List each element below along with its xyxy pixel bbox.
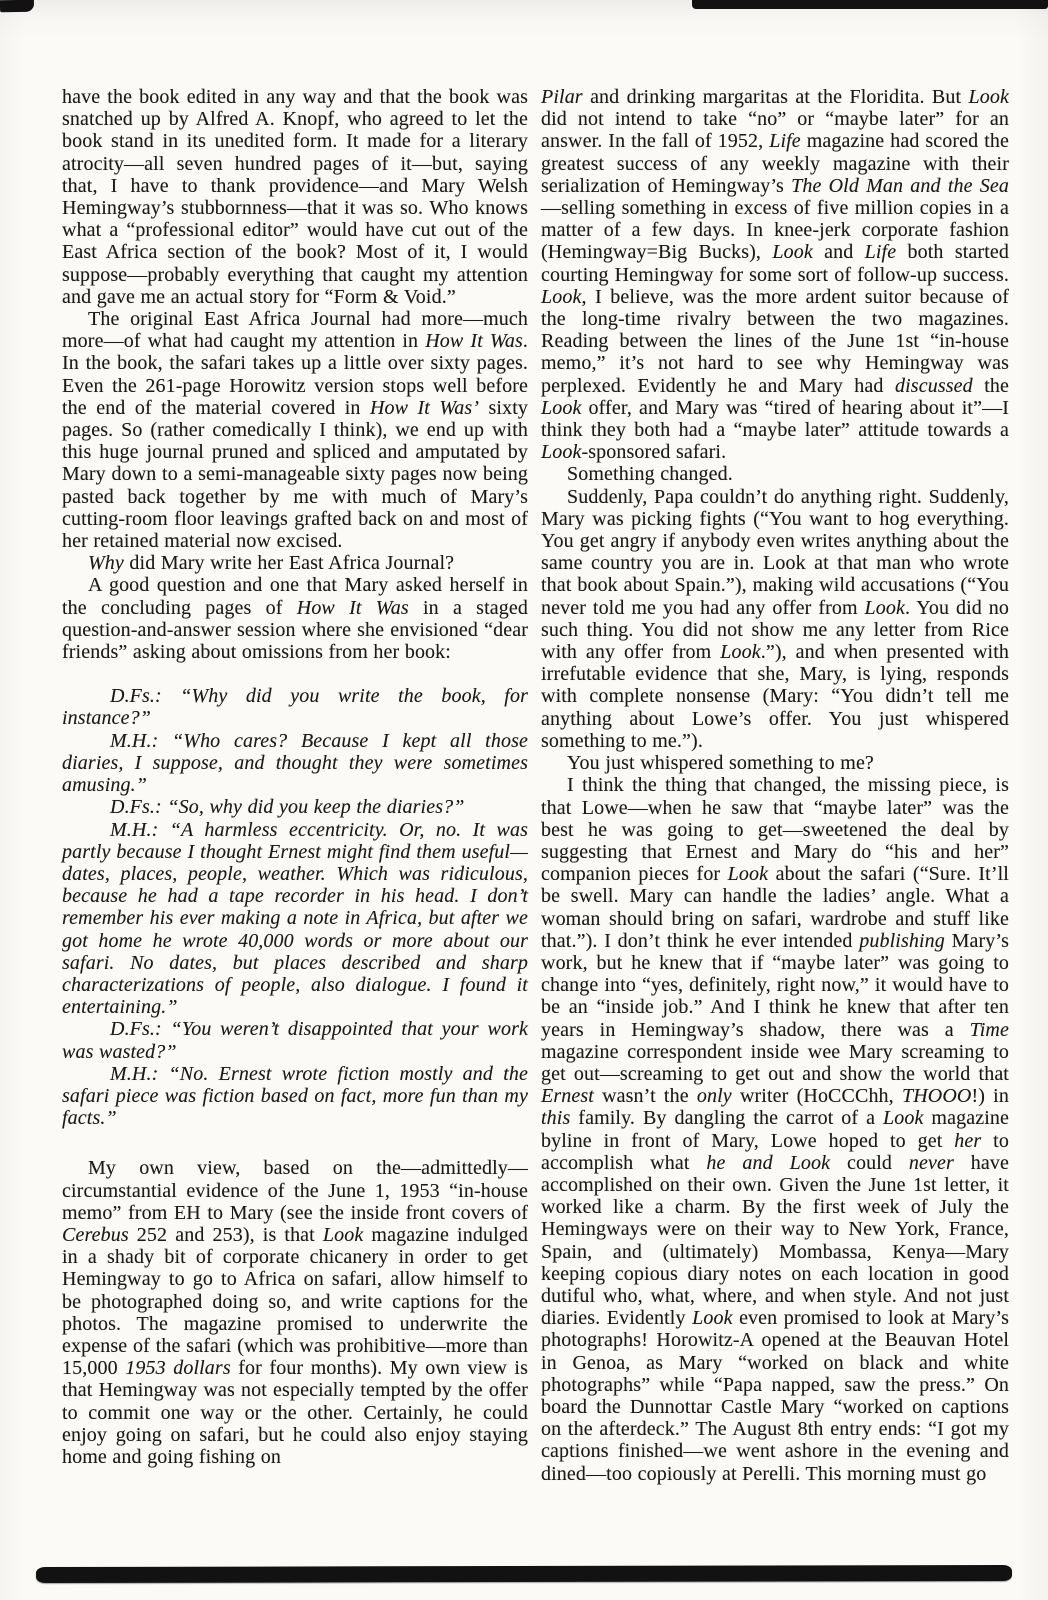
paragraph: D.Fs.: “So, why did you keep the diaries… (62, 796, 528, 818)
italic-text-run: Look (541, 397, 581, 419)
italic-text-run: The Old Man and the Sea (791, 175, 1009, 197)
text-run: could (830, 1152, 909, 1174)
text-run: family. By dangling the carrot of a (570, 1107, 883, 1129)
italic-text-run: Look (883, 1107, 923, 1129)
italic-text-run: How It Was’ (370, 397, 479, 419)
text-run: even promised to look at Mary’s photogra… (541, 1307, 1009, 1484)
paragraph: Why did Mary write her East Africa Journ… (62, 552, 528, 574)
text-run: 252 and 253), is that (129, 1224, 323, 1246)
italic-text-run: Why (88, 552, 124, 574)
paragraph: M.H.: “No. Ernest wrote fiction mostly a… (62, 1063, 528, 1130)
paragraph: D.Fs.: “Why did you write the book, for … (62, 685, 528, 729)
text-run: !) in (971, 1085, 1009, 1107)
italic-text-run: her (954, 1130, 981, 1152)
italic-text-run: Look (692, 1307, 732, 1329)
italic-text-run: discussed (895, 375, 973, 397)
italic-text-run: Ernest (541, 1085, 594, 1107)
paragraph: My own view, based on the—admittedly—cir… (62, 1157, 528, 1468)
paragraph: have the book edited in any way and that… (62, 86, 528, 308)
italic-text-run: only (697, 1085, 732, 1107)
italic-text-run: THOOO (902, 1085, 972, 1107)
italic-text-run: he and Look (706, 1152, 830, 1174)
paragraph: D.Fs.: “You weren’t disappointed that yo… (62, 1018, 528, 1062)
text-run: sixty pages. So (rather comedically I th… (62, 397, 528, 552)
paragraph: Pilar and drinking margaritas at the Flo… (541, 86, 1009, 463)
italic-text-run: 1953 dollars (125, 1357, 231, 1379)
text-run: and (813, 241, 865, 263)
paragraph: Suddenly, Papa couldn’t do anything righ… (541, 486, 1009, 752)
paragraph: You just whispered something to me? (541, 752, 1009, 774)
italic-text-run: Look (969, 86, 1009, 108)
text-run: and drinking margaritas at the Floridita… (583, 86, 969, 108)
italic-text-run: D.Fs.: “You weren’t disappointed that yo… (62, 1018, 528, 1062)
text-run: have accomplished on their own. Given th… (541, 1152, 1009, 1329)
text-run: magazine indulged in a shady bit of corp… (62, 1224, 528, 1379)
italic-text-run: Life (865, 241, 897, 263)
text-run: -sponsored safari. (581, 441, 726, 463)
italic-text-run: this (541, 1107, 570, 1129)
italic-text-run: How It Was (425, 330, 523, 352)
italic-text-run: Look (541, 441, 581, 463)
text-run: the (973, 375, 1009, 397)
italic-text-run: Cerebus (62, 1224, 129, 1246)
italic-text-run: Look (728, 863, 768, 885)
paragraph: The original East Africa Journal had mor… (62, 308, 528, 552)
paragraph: M.H.: “Who cares? Because I kept all tho… (62, 730, 528, 797)
italic-text-run: How It Was (297, 597, 409, 619)
italic-text-run: M.H.: “No. Ernest wrote fiction mostly a… (62, 1063, 528, 1129)
italic-text-run: Life (769, 130, 801, 152)
scan-artifact-top-left (0, 0, 34, 12)
paragraph: I think the thing that changed, the miss… (541, 774, 1009, 1485)
italic-text-run: D.Fs.: “So, why did you keep the diaries… (110, 796, 464, 818)
text-run: My own view, based on the—admittedly—cir… (62, 1157, 528, 1223)
text-run: You just whispered something to me? (567, 752, 874, 774)
italic-text-run: Look (541, 286, 581, 308)
italic-text-run: Look (323, 1224, 363, 1246)
italic-text-run: Look (865, 597, 905, 619)
italic-text-run: Look (720, 641, 760, 663)
scan-artifact-top-right (692, 0, 1048, 9)
text-run: wasn’t the (594, 1085, 697, 1107)
text-run: writer (HoCCChh, (732, 1085, 902, 1107)
paragraph: Something changed. (541, 463, 1009, 485)
scan-artifact-bottom-bar (36, 1565, 1012, 1583)
italic-text-run: M.H.: “A harmless eccentricity. Or, no. … (62, 819, 528, 1019)
italic-text-run: Pilar (541, 86, 583, 108)
text-column-right: Pilar and drinking margaritas at the Flo… (541, 86, 1009, 1485)
paragraph: A good question and one that Mary asked … (62, 574, 528, 663)
text-run: magazine correspondent inside wee Mary s… (541, 1041, 1009, 1085)
text-run: have the book edited in any way and that… (62, 86, 528, 308)
text-run: did Mary write her East Africa Journal? (124, 552, 454, 574)
italic-text-run: never (909, 1152, 954, 1174)
italic-text-run: M.H.: “Who cares? Because I kept all tho… (62, 730, 528, 796)
text-run: offer, and Mary was “tired of hearing ab… (541, 397, 1009, 441)
italic-text-run: Look (772, 241, 812, 263)
text-run: Something changed. (567, 463, 733, 485)
italic-text-run: D.Fs.: “Why did you write the book, for … (62, 685, 528, 729)
paragraph: M.H.: “A harmless eccentricity. Or, no. … (62, 819, 528, 1019)
italic-text-run: Time (970, 1019, 1009, 1041)
italic-text-run: publishing (859, 930, 945, 952)
text-column-left: have the book edited in any way and that… (62, 86, 528, 1468)
